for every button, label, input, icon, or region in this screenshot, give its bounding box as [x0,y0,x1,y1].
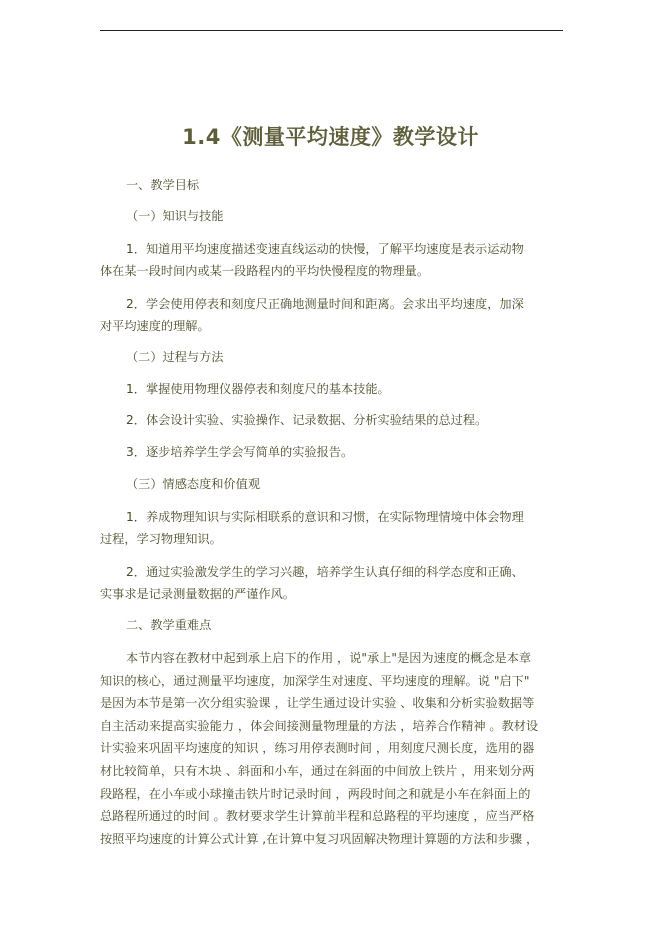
paragraph-attitude-2: 2．通过实验激发学生的学习兴趣，培养学生认真仔细的科学态度和正确、 实事求是记录… [100,561,565,605]
document-title: 1.4《测量平均速度》教学设计 [0,121,661,151]
paragraph-process-2: 2．体会设计实验、实验操作、记录数据、分析实验结果的总过程。 [100,411,591,429]
section-heading-objectives: 一、教学目标 [100,176,591,194]
subsection-heading-attitude: （三）情感态度和价值观 [100,475,591,493]
paragraph-process-3: 3．逐步培养学生学会写简单的实验报告。 [100,443,591,461]
subsection-heading-knowledge: （一）知识与技能 [100,207,591,225]
paragraph-knowledge-2: 2．学会使用停表和刻度尺正确地测量时间和距离。会求出平均速度，加深 对平均速度的… [100,293,565,337]
paragraph-knowledge-1: 1．知道用平均速度描述变速直线运动的快慢，了解平均速度是表示运动物 体在某一段时… [100,238,565,282]
section-heading-key-points: 二、教学重难点 [100,616,591,634]
paragraph-attitude-1: 1．养成物理知识与实际相联系的意识和习惯，在实际物理情境中体会物理 过程，学习物… [100,506,565,550]
paragraph-key-points: 本节内容在教材中起到承上启下的作用 ，说"承上"是因为速度的概念是本章 知识的核… [100,647,565,850]
paragraph-process-1: 1．掌握使用物理仪器停表和刻度尺的基本技能。 [100,380,591,398]
subsection-heading-process: （二）过程与方法 [100,348,591,366]
header-rule [100,30,563,31]
